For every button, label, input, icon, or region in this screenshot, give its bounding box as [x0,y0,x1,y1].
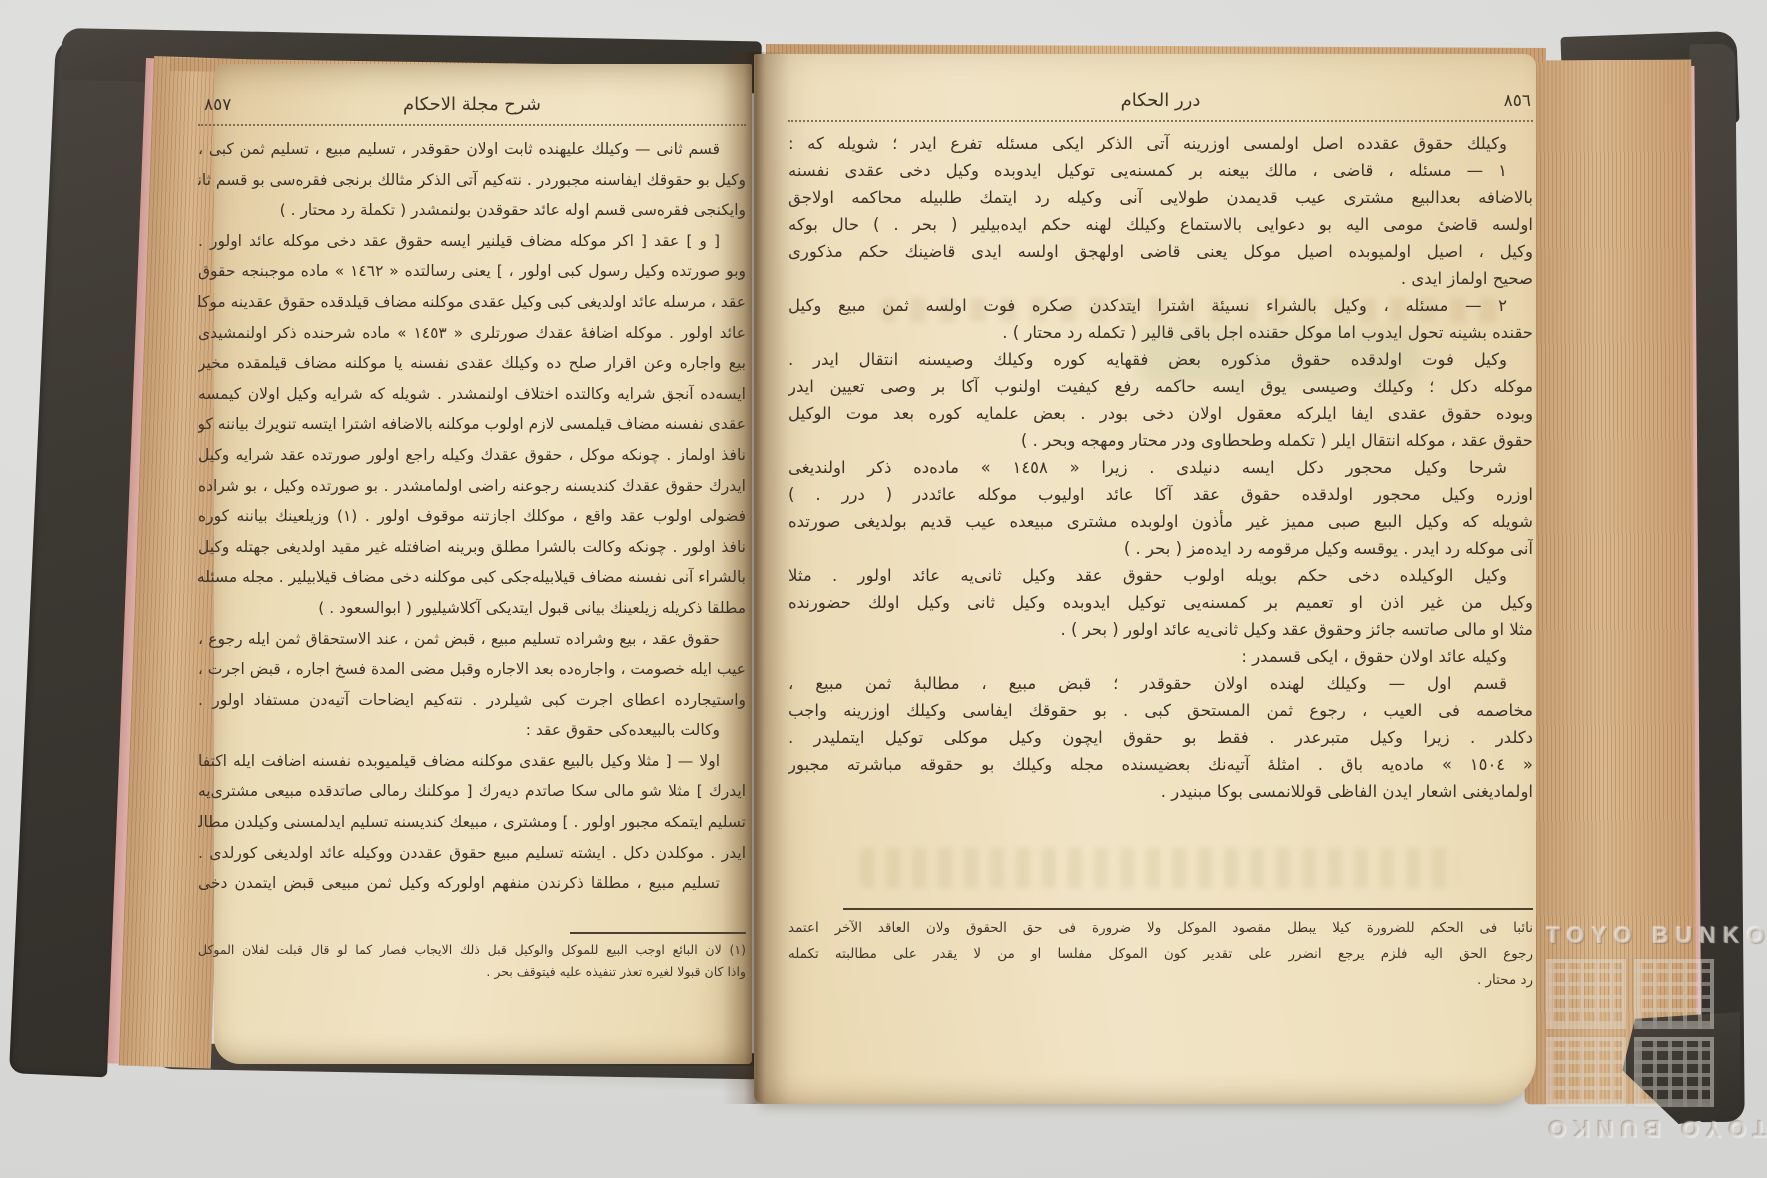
text-line: نافذ اولور . چونكه وكالت بالشرا مطلق وبر… [198,532,746,563]
page-show-through [860,848,1460,888]
text-line: « ١٥٠٤ » ماده‌يه باق . امثلهٔ آتيه‌نك بع… [788,751,1533,778]
text-line: تسليم مبيع ، مطلقا ذكرندن منفهم اولوركه … [198,868,746,899]
text-line: اولا — [ مثلا وكيل بالبيع عقدى موكلنه مض… [198,746,746,777]
text-line: ايدرك حقوق عقدك كنديسنه رجوعنه راضى اولم… [198,471,746,502]
footnote-line: رجوع الحق اليه فلزم يرجع انضرر على تقدير… [788,941,1533,967]
text-line: عقدى نفسنه مضاف قيلمسى لازم اولوب موكلنه… [198,409,746,440]
page-856-body: وكيلك حقوق عقدده اصل اولمسى اوزرينه آتى … [788,130,1533,805]
text-line: قسم ثانى — وكيلك عليهنده ثابت اولان حقوق… [198,134,746,165]
footnote-line: (١) لان البائع اوجب البيع للموكل والوكيل… [198,939,746,961]
text-line: ١ — مسئله ، قاضى ، مالك بيعنه بر كمسنه‌ي… [788,157,1533,184]
text-line: اوزره وكيل محجور اولدقده حقوق عقد آكا عا… [788,481,1533,508]
page-stack-right [1519,60,1696,1105]
text-line: شرحا وكيل محجور دكل ايسه دنيلدى . زيرا «… [788,454,1533,481]
page-857-header: ٨٥٧ شرح مجلة الاحكام [198,94,746,126]
text-line: مخاصمه فى العيب ، رجوع ثمن المستحق كبى .… [788,697,1533,724]
text-line: صحيح اولماز ايدى . [788,265,1533,292]
text-line: بالاضافه بعدالبيع مشترى عيب قديمدن طولاي… [788,184,1533,211]
footnote-rule-right [843,908,1533,910]
text-line: حقنده بشينه تحول ايدوب اما موكل حقنده اج… [788,319,1533,346]
text-line: عيب ايله خصومت ، واجاره‌ده بعد الاجاره و… [198,654,746,685]
text-line: ايدرك ] مثلا شو مالى سكا صاتدم ديه‌رك [ … [198,776,746,807]
text-line: وبوده حقوق عقدى ايفا ايلركه معقول اولان … [788,400,1533,427]
text-line: وكيل بو حقوقك ايفاسنه مجبوردر . نته‌كيم … [198,165,746,196]
text-line: عقد ، مرسله عائد اولديغى كبى وكيل عقدى م… [198,287,746,318]
book-photo: ٨٥٧ شرح مجلة الاحكام قسم ثانى — وكيلك عل… [0,0,1767,1178]
text-line: عائد اولور . موكله اضافهٔ عقدك صورتلرى «… [198,318,746,349]
footnote-text-right: نائبا فى الحكم للضرورة كيلا يبطل مقصود ا… [788,915,1533,993]
text-line: بيع واجاره وعن اقرار صلح ده وكيلك عقدى ن… [198,348,746,379]
text-line: دكلدر . زيرا وكيل متبرعدر . فقط بو حقوق … [788,724,1533,751]
text-line: موكله دكل ؛ وكيلك وصيسى يوق ايسه حاكمه ر… [788,373,1533,400]
text-line: قسم اول — وكيلك لهنده اولان حقوقدر ؛ قبض… [788,670,1533,697]
text-line: وكيلك حقوق عقدده اصل اولمسى اوزرينه آتى … [788,130,1533,157]
text-line: ايدر . موكلدن دكل . ايشته تسليم مبيع حقو… [198,838,746,869]
footnote-line: رد محتار . [788,967,1533,993]
text-line: وبو صورتده وكيل رسول كبى اولور ، ] يعنى … [198,256,746,287]
text-line: وكالت بالبيعده‌كى حقوق عقد : [198,715,746,746]
page-856-header: ٨٥٦ درر الحكام [788,90,1533,122]
page-857-body: قسم ثانى — وكيلك عليهنده ثابت اولان حقوق… [198,134,746,899]
text-line: مطلقا ذكريله زيلعينك بيانى قبول ايتديكى … [198,593,746,624]
text-line: تسليم ايتمكه مجبور اولور . ] ومشترى ، مب… [198,807,746,838]
text-line: وكيل ، اصيل اولميوبده اصيل موكل يعنى قاض… [788,238,1533,265]
text-line: ٢ — مسئله ، وكيل بالشراء نسيئة اشترا ايت… [788,292,1533,319]
text-line: وايكنجى فقره‌سى قسم اوله عائد حقوقدن بول… [198,195,746,226]
running-title-left: شرح مجلة الاحكام [198,94,746,115]
page-856-content: ٨٥٦ درر الحكام وكيلك حقوق عقدده اصل اولم… [788,90,1533,805]
text-line: وكيل فوت اولدقده حقوق مذكوره بعض فقهايه … [788,346,1533,373]
text-line: اولسه قاضىٔ مومى اليه بو دعوايى بالاستما… [788,211,1533,238]
page-857-content: ٨٥٧ شرح مجلة الاحكام قسم ثانى — وكيلك عل… [198,94,746,899]
header-rule-right [788,120,1533,122]
footnote-rule-left [570,932,746,934]
text-line: ايسه‌ده آنجق شرايه وكالتده اختلاف اولنمش… [198,379,746,410]
header-rule-left [198,124,746,126]
text-line: آنى موكله رد ايدر . يوقسه وكيل مرقومه رد… [788,535,1533,562]
page-856-footnotes: نائبا فى الحكم للضرورة كيلا يبطل مقصود ا… [788,908,1533,993]
footnote-line: واذا كان قبولا لغيره تعذر تنفيذه عليه في… [198,961,746,983]
text-line: نافذ اولماز . چونكه موكل ، حقوق عقدك وكي… [198,440,746,471]
text-line: حقوق عقد ، بيع وشراده تسليم مبيع ، قبض ث… [198,624,746,655]
text-line: واستيجارده اعطاى اجرت كبى شيلردر . نته‌ك… [198,685,746,716]
text-line: وكيل من غير اذن او تعميم بر كمسنه‌يى توك… [788,589,1533,616]
text-line: وكيل الوكيلده دخى حكم بويله اولوب حقوق ع… [788,562,1533,589]
text-line: بالشراء آنى نفسنه مضاف قيلابيله‌جكى كبى … [198,562,746,593]
text-line: فضولى اولوب عقد واقع ، موكلك اجازتنه موق… [198,501,746,532]
footnote-text-left: (١) لان البائع اوجب البيع للموكل والوكيل… [198,939,746,983]
text-line: مثلا او مالى صاتسه جائز وحقوق عقد وكيل ث… [788,616,1533,643]
text-line: حقوق عقد ، موكله انتقال ايلر ( تكمله وطح… [788,427,1533,454]
text-line: اولماديغنى اشعار ايدن الفاظى قوللانمسى ب… [788,778,1533,805]
page-857-footnotes: (١) لان البائع اوجب البيع للموكل والوكيل… [198,932,746,983]
text-line: وكيله عائد اولان حقوق ، ايكى قسمدر : [788,643,1533,670]
text-line: شويله كه وكيل البيع صبى مميز غير مأذون ا… [788,508,1533,535]
running-title-right: درر الحكام [788,90,1533,111]
footnote-line: نائبا فى الحكم للضرورة كيلا يبطل مقصود ا… [788,915,1533,941]
text-line: [ و ] عقد [ اكر موكله مضاف قيلنير ايسه ح… [198,226,746,257]
